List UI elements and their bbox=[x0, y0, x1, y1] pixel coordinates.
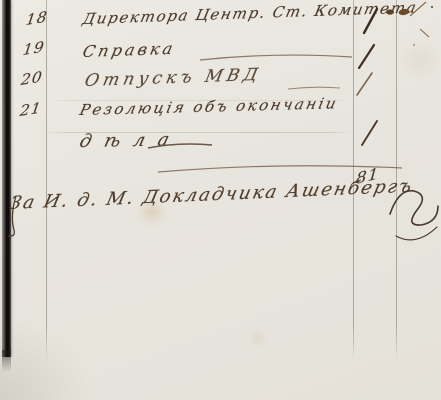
ink-dash-icon bbox=[148, 55, 352, 148]
signature-descender-icon bbox=[8, 196, 16, 236]
signature-flourish-icon bbox=[390, 191, 438, 240]
ink-splatter-icon bbox=[386, 2, 433, 46]
tally-mark-icon bbox=[357, 9, 377, 145]
total-rule-icon bbox=[158, 166, 402, 172]
ink-strokes-layer bbox=[0, 0, 441, 400]
ledger-page: 18 Директора Центр. Ст. Комитета 19 Спра… bbox=[0, 0, 441, 400]
